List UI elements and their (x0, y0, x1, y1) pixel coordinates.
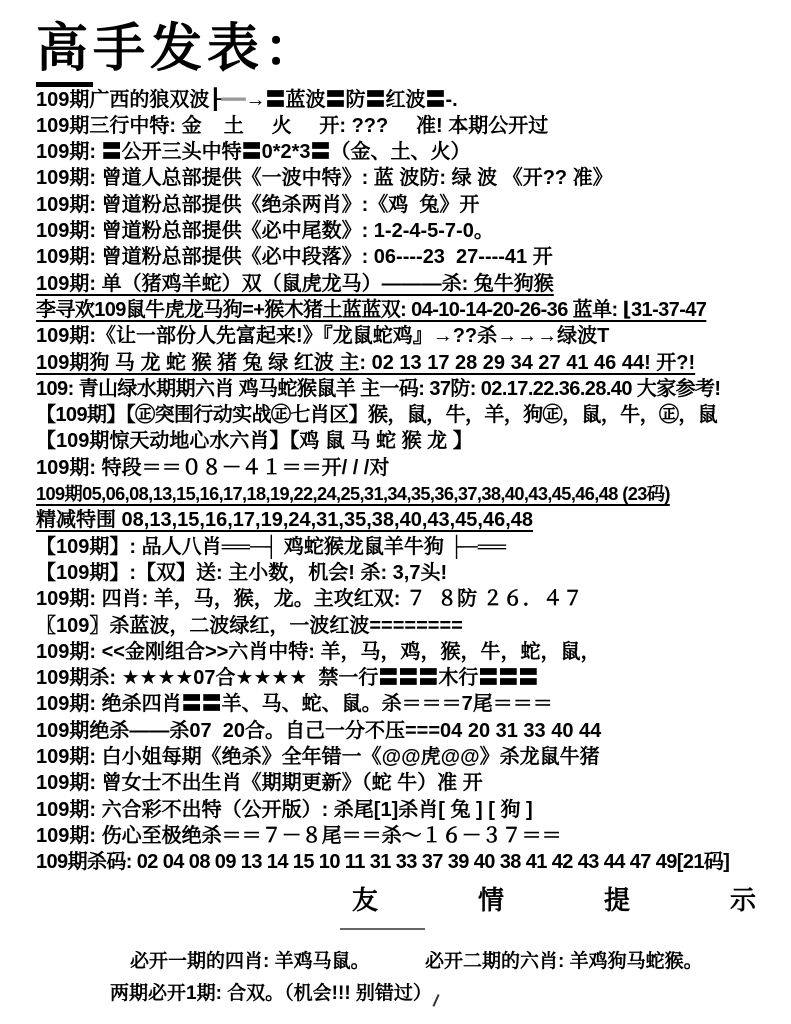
tip-line: 109期: <<金刚组合>>六肖中特: 羊，马，鸡，猴，牛，蛇，鼠， (36, 639, 791, 665)
tip-line: 109期: 特段＝＝０８－４１＝＝开/ / /对 (36, 455, 791, 481)
waves-arrow: → (246, 89, 266, 111)
tip-line: 109期05,06,08,13,15,16,17,18,19,22,24,25,… (36, 481, 791, 507)
scanned-tip-sheet: 高手发表： 109期广西的狼双波┠━━→〓蓝波〓防〓红波〓-. 109期三行中特… (0, 0, 791, 1024)
tip-line-waves: 109期广西的狼双波┠━━→〓蓝波〓防〓红波〓-. (36, 87, 791, 113)
tip-line: 109期狗 马 龙 蛇 猴 猪 兔 绿 红波 主: 02 13 17 28 29… (36, 350, 791, 376)
pen-mark (432, 994, 439, 1007)
page-title: 高手发表： (36, 22, 791, 77)
waves-suffix: 〓蓝波〓防〓红波〓-. (266, 89, 458, 111)
tip-line: 109期: 曾女士不出生肖《期期更新》（蛇 牛）准 开 (36, 770, 791, 796)
tip-line: 109期: 六合彩不出特（公开版）: 杀尾[1]杀肖[ 兔 ] [ 狗 ] (36, 797, 791, 823)
tip-line: 【109期】: 品人八肖══─┤ 鸡蛇猴龙鼠羊牛狗 ├─══ (36, 534, 791, 560)
tip-line: 〖109〗杀蓝波，二波绿红，一波红波======== (36, 613, 791, 639)
tip-line: 109期: 白小姐每期《绝杀》全年错一《@@虎@@》杀龙鼠牛猪 (36, 744, 791, 770)
tip-line: 109期: 曾道人总部提供《一波中特》: 蓝 波防: 绿 波 《开?? 准》 (36, 165, 791, 191)
tip-line: 109期:《让一部份人先富起来!》『龙鼠蛇鸡』→??杀→→→绿波T (36, 323, 791, 349)
friendly-notice-title: 友情提示 (352, 884, 791, 916)
footer-last-line: 两期必开1期: 合双。（机会!!! 别错过） (110, 978, 791, 1005)
tip-line: 109期杀: ★★★★07合★★★★ 禁一行〓〓〓木行〓〓〓 (36, 665, 791, 691)
tip-line: 李寻欢109鼠牛虎龙马狗=+猴木猪土蓝蓝双: 04-10-14-20-26-36… (36, 297, 791, 323)
title-first-char: 高 (36, 20, 93, 87)
tip-line: 109期: 〓公开三头中特〓0*2*3〓（金、土、火） (36, 139, 791, 165)
tip-line: 109期绝杀——杀07 20合。自己一分不压===04 20 31 33 40 … (36, 718, 791, 744)
tip-line: 109期三行中特: 金 土 火 开: ??? 准! 本期公开过 (36, 113, 791, 139)
tip-line: 精减特围 08,13,15,16,17,19,24,31,35,38,40,43… (36, 507, 791, 533)
tip-line: 【109期惊天动地心水六肖】【鸡 鼠 马 蛇 猴 龙 】 (36, 428, 791, 454)
waves-dash: ━━ (221, 89, 245, 111)
divider-line (340, 928, 425, 930)
waves-prefix: 109期广西的狼双波┠ (36, 89, 221, 111)
tip-line: 109期: 曾道粉总部提供《绝杀两肖》:《鸡 兔》开 (36, 192, 791, 218)
title-rest: 手发表： (93, 20, 321, 78)
tip-line: 109期: 绝杀四肖〓〓羊、马、蛇、鼠。杀＝＝＝7尾＝＝＝ (36, 691, 791, 717)
tip-line: 109: 青山绿水期期六肖 鸡马蛇猴鼠羊 主一码: 37防: 02.17.22.… (36, 376, 791, 402)
tip-line: 109期: 单（猪鸡羊蛇）双（鼠虎龙马）———杀: 兔牛狗猴 (36, 271, 791, 297)
tip-line: 109期: 曾道粉总部提供《必中段落》: 06----23 27----41 开 (36, 244, 791, 270)
footer-last-text: 两期必开1期: 合双。（机会!!! 别错过） (110, 983, 432, 1004)
tip-line: 109期: 四肖: 羊，马，猴，龙。主攻红双: ７ ８防 ２６．４７ (36, 586, 791, 612)
tip-line: 【109期】【㊣突围行动实战㊣七肖区】猴，鼠，牛，羊，狗㊣，鼠，牛，㊣，鼠 (36, 402, 791, 428)
tip-line: 109期: 伤心至极绝杀＝＝７－８尾＝＝杀～１６－３７＝＝ (36, 823, 791, 849)
tip-line: 109期杀码: 02 04 08 09 13 14 15 10 11 31 33… (36, 849, 791, 875)
tip-line: 【109期】:【双】送: 主小数，机会! 杀: 3,7头! (36, 560, 791, 586)
footer-columns: 必开一期的四肖: 羊鸡马鼠。 必开二期的六肖: 羊鸡狗马蛇猴。 (0, 946, 791, 972)
tips-list: 109期广西的狼双波┠━━→〓蓝波〓防〓红波〓-. 109期三行中特: 金 土 … (36, 87, 791, 876)
footer-col1: 必开一期的四肖: 羊鸡马鼠。 (130, 946, 370, 973)
footer-col2: 必开二期的六肖: 羊鸡狗马蛇猴。 (425, 946, 703, 973)
tip-line: 109期: 曾道粉总部提供《必中尾数》: 1-2-4-5-7-0。 (36, 218, 791, 244)
